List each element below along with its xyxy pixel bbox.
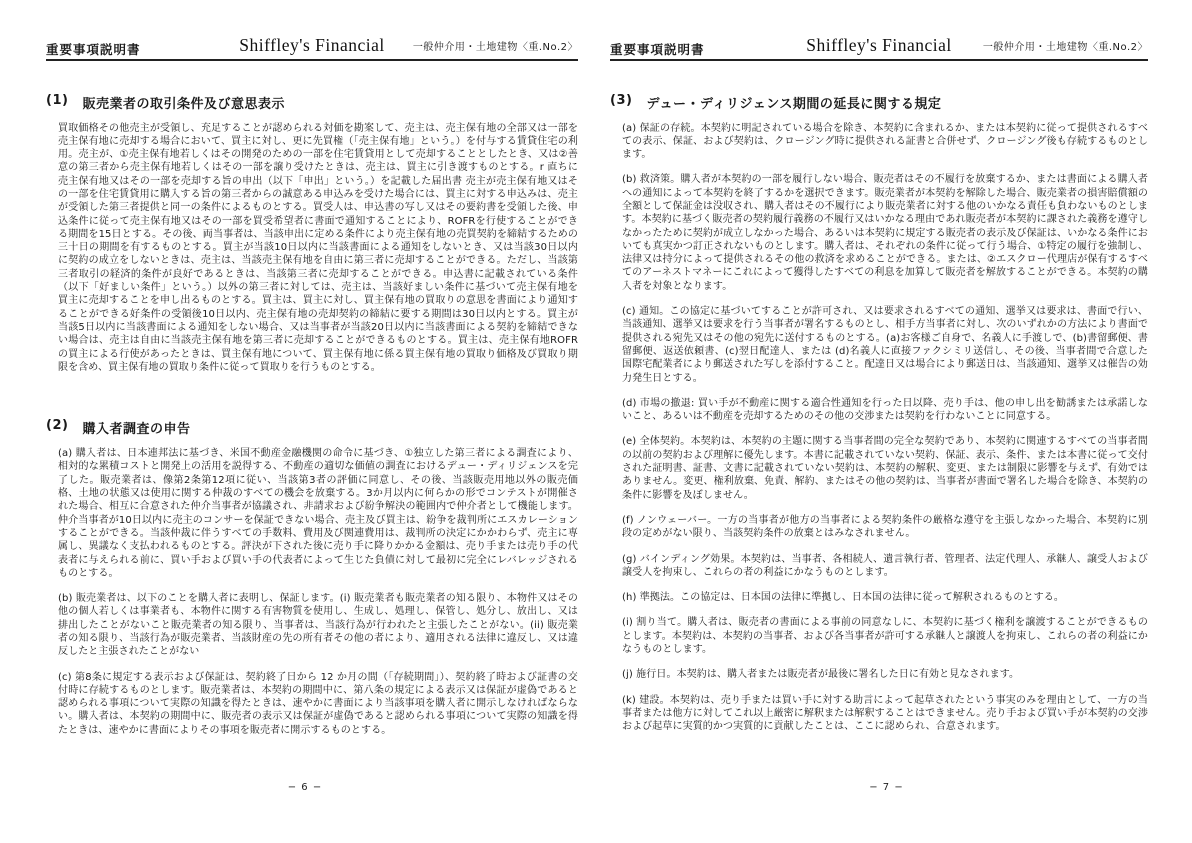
section-3-number: (3) [610,93,632,112]
document-spread: 重要事項説明書 Shiffley's Financial 一般仲介用・土地建物〈… [0,0,1192,843]
page-number-right: − 7 − [596,782,1192,793]
section-3-paragraph-g: (g) バインディング効果。本契約は、当事者、各相続人、遺言執行者、管理者、法定… [622,553,1148,580]
doc-type-label: 重要事項説明書 [610,40,705,58]
form-reference: 一般仲介用・土地建物〈重.No.2〉 [983,38,1148,53]
page-header-left: 重要事項説明書 Shiffley's Financial 一般仲介用・土地建物〈… [46,30,578,56]
section-2: (2) 購入者調査の申告 (a) 購入者は、日本連邦法に基づき、米国不動産金融機… [46,418,578,737]
section-3-paragraph-f: (f) ノンウェーバー。一方の当事者が他方の当事者による契約条件の厳格な遵守を主… [622,514,1148,541]
section-2-paragraph-a: (a) 購入者は、日本連邦法に基づき、米国不動産金融機関の命令に基づき、①独立し… [58,447,578,580]
page-7: 重要事項説明書 Shiffley's Financial 一般仲介用・土地建物〈… [596,0,1192,843]
section-1-number: (1) [46,93,68,112]
doc-type-label: 重要事項説明書 [46,40,141,58]
section-1-paragraph: 買取価格その他売主が受領し、充足することが認められる対価を勘案して、売主は、売主… [58,122,578,375]
section-2-heading: (2) 購入者調査の申告 [46,418,578,437]
section-3-paragraph-a: (a) 保証の存続。本契約に明記されている場合を除き、本契約に含まれるか、または… [622,122,1148,162]
section-3: (3) デュー・ディリジェンス期間の延長に関する規定 (a) 保証の存続。本契約… [610,93,1148,734]
form-reference: 一般仲介用・土地建物〈重.No.2〉 [413,38,578,53]
section-3-paragraph-j: (j) 施行日。本契約は、購入者または販売者が最後に署名した日に有効と見なされま… [622,668,1148,681]
section-3-paragraph-d: (d) 市場の撤退: 買い手が不動産に関する適合性通知を行った日以降、売り手は、… [622,397,1148,424]
section-2-number: (2) [46,418,68,437]
section-3-heading: (3) デュー・ディリジェンス期間の延長に関する規定 [610,93,1148,112]
page-number-left: − 6 − [0,782,596,793]
section-3-paragraph-e: (e) 全体契約。本契約は、本契約の主題に関する当事者間の完全な契約であり、本契… [622,435,1148,501]
brand-title: Shiffley's Financial [806,35,952,56]
section-3-paragraph-b: (b) 救済策。購入者が本契約の一部を履行しない場合、販売者はその不履行を放棄す… [622,173,1148,293]
page-header-right: 重要事項説明書 Shiffley's Financial 一般仲介用・土地建物〈… [610,30,1148,56]
header-divider [610,59,1148,61]
section-2-paragraph-b: (b) 販売業者は、以下のことを購入者に表明し、保証します。(i) 販売業者も販… [58,592,578,658]
header-divider [46,59,578,61]
section-2-paragraph-c: (c) 第8条に規定する表示および保証は、契約終了日から 12 か月の間（「存続… [58,671,578,737]
section-3-paragraph-k: (k) 建設。本契約は、売り手または買い手に対する助言によって起草されたという事… [622,694,1148,734]
section-1-heading: (1) 販売業者の取引条件及び意思表示 [46,93,578,112]
section-3-title: デュー・ディリジェンス期間の延長に関する規定 [646,93,941,112]
section-2-title: 購入者調査の申告 [82,418,190,437]
page-6: 重要事項説明書 Shiffley's Financial 一般仲介用・土地建物〈… [0,0,596,843]
section-3-paragraph-h: (h) 準拠法。この協定は、日本国の法律に準拠し、日本国の法律に従って解釈される… [622,591,1148,604]
section-1-title: 販売業者の取引条件及び意思表示 [82,93,285,112]
section-3-paragraph-c: (c) 通知。この協定に基づいてすることが許可され、又は要求されるすべての通知、… [622,305,1148,385]
section-1: (1) 販売業者の取引条件及び意思表示 買取価格その他売主が受領し、充足すること… [46,93,578,375]
brand-title: Shiffley's Financial [239,35,385,56]
section-3-paragraph-i: (i) 割り当て。購入者は、販売者の書面による事前の同意なしに、本契約に基づく権… [622,616,1148,656]
